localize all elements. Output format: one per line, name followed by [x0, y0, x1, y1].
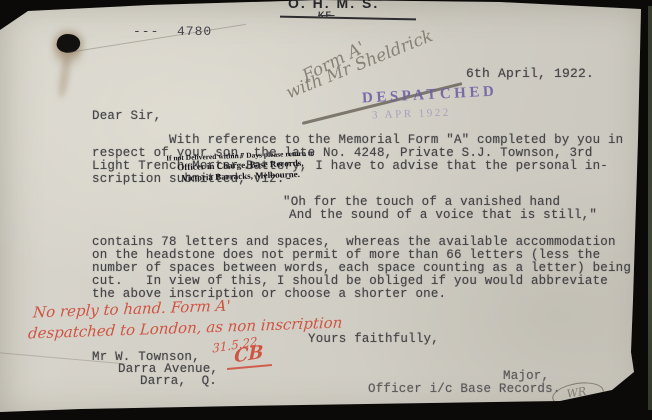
pencil-initials-text: WR [566, 385, 587, 401]
red-initials: CB [234, 342, 264, 368]
despatched-stamp: DESPATCHED [362, 83, 498, 107]
salutation: Dear Sir, [92, 110, 161, 123]
return-address-stamp: If not Delivered within 7 Days please re… [133, 147, 349, 185]
file-number: --- 4780 [133, 24, 212, 39]
stain-mark [57, 54, 73, 99]
struck-initials: KF. [318, 10, 335, 20]
ohms-underline [280, 16, 416, 21]
scanned-letter: O. H. M. S. KF. --- 4780 6th April, 1922… [0, 0, 652, 420]
recipient-locality: Darra, Q. [140, 375, 217, 388]
adjacent-page-edge [648, 6, 652, 410]
signature-title: Officer i/c Base Records. [368, 383, 561, 396]
despatched-date-stamp: 3 APR 1922 [372, 107, 451, 122]
valediction: Yours faithfully, [308, 333, 439, 346]
letter-paper: O. H. M. S. KF. --- 4780 6th April, 1922… [0, 0, 652, 420]
quote-line: And the sound of a voice that is still," [289, 209, 597, 222]
letter-date: 6th April, 1922. [466, 67, 594, 80]
